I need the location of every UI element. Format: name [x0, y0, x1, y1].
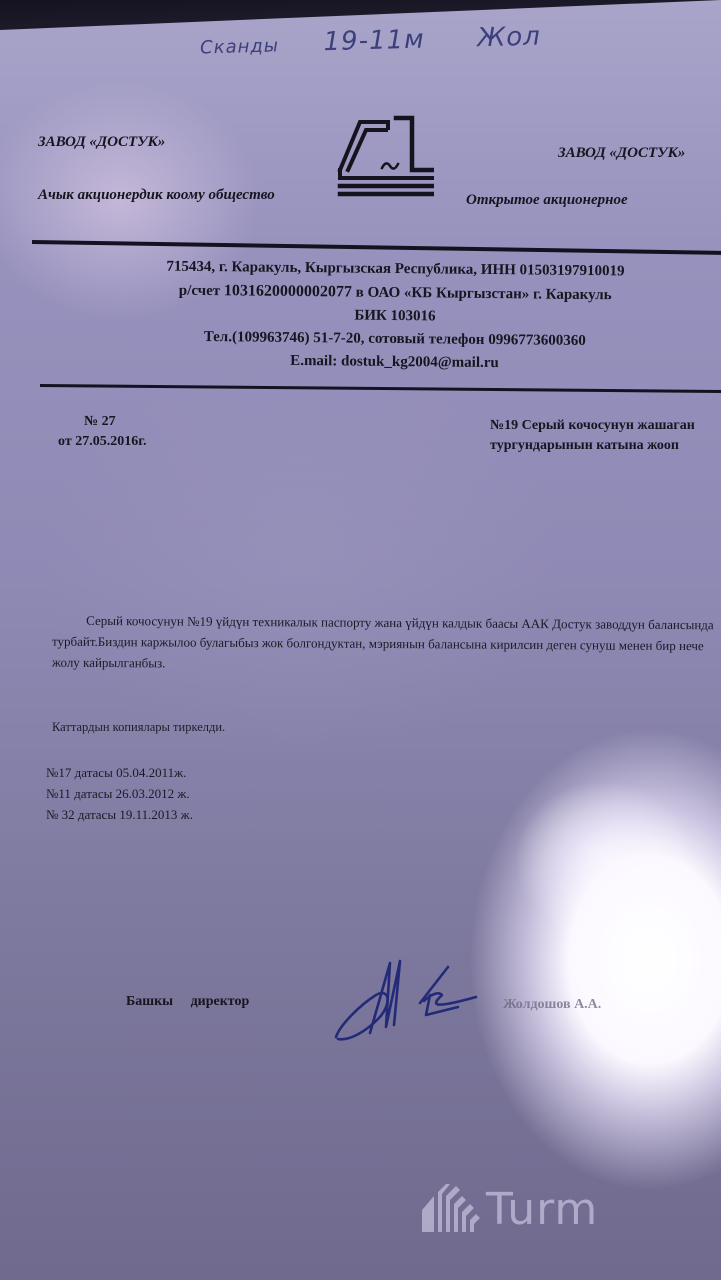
account-number: 1031620000002077 — [224, 282, 352, 300]
letter-body-paragraph: Серый кочосунун №19 үйдүн техникалык пас… — [52, 610, 721, 678]
handwritten-signature: Жол — [477, 22, 541, 54]
company-type-russian: Открытое акционерное — [466, 192, 628, 209]
attachments-note: Каттардын копиялары тиркелди. — [52, 720, 225, 735]
company-name-kyrgyz: ЗАВОД «ДОСТУК» — [38, 134, 165, 151]
dam-logo-icon — [330, 108, 434, 212]
signature-icon — [330, 955, 480, 1050]
company-contacts: 715434, г. Каракуль, Кыргызская Республи… — [69, 255, 720, 378]
attachment-item: №11 датасы 26.03.2012 ж. — [46, 783, 193, 804]
signatory-name: Жолдошов А.А. — [503, 997, 601, 1013]
company-name-russian: ЗАВОД «ДОСТУК» — [558, 145, 685, 162]
watermark-text: Turm — [486, 1188, 598, 1232]
handwritten-label: Сканды — [200, 35, 279, 58]
watermark: Turm — [420, 1182, 598, 1232]
house-stripes-logo-icon — [420, 1182, 482, 1232]
company-type-kyrgyz: Ачык акционердик коому общество — [10, 186, 280, 205]
attachments-list: №17 датасы 05.04.2011ж. №11 датасы 26.03… — [46, 762, 193, 825]
letter-addressee: №19 Серый кочосунун жашаган тургундарыны… — [490, 416, 721, 456]
handwritten-date: 19-11м — [323, 25, 425, 58]
attachment-item: № 32 датасы 19.11.2013 ж. — [46, 804, 193, 825]
attachment-item: №17 датасы 05.04.2011ж. — [46, 762, 193, 783]
letter-number: № 27 — [58, 412, 146, 432]
letter-reference: № 27 от 27.05.2016г. — [58, 412, 146, 452]
signatory-title: Башкы директор — [126, 994, 249, 1010]
letter-date: от 27.05.2016г. — [58, 434, 146, 449]
